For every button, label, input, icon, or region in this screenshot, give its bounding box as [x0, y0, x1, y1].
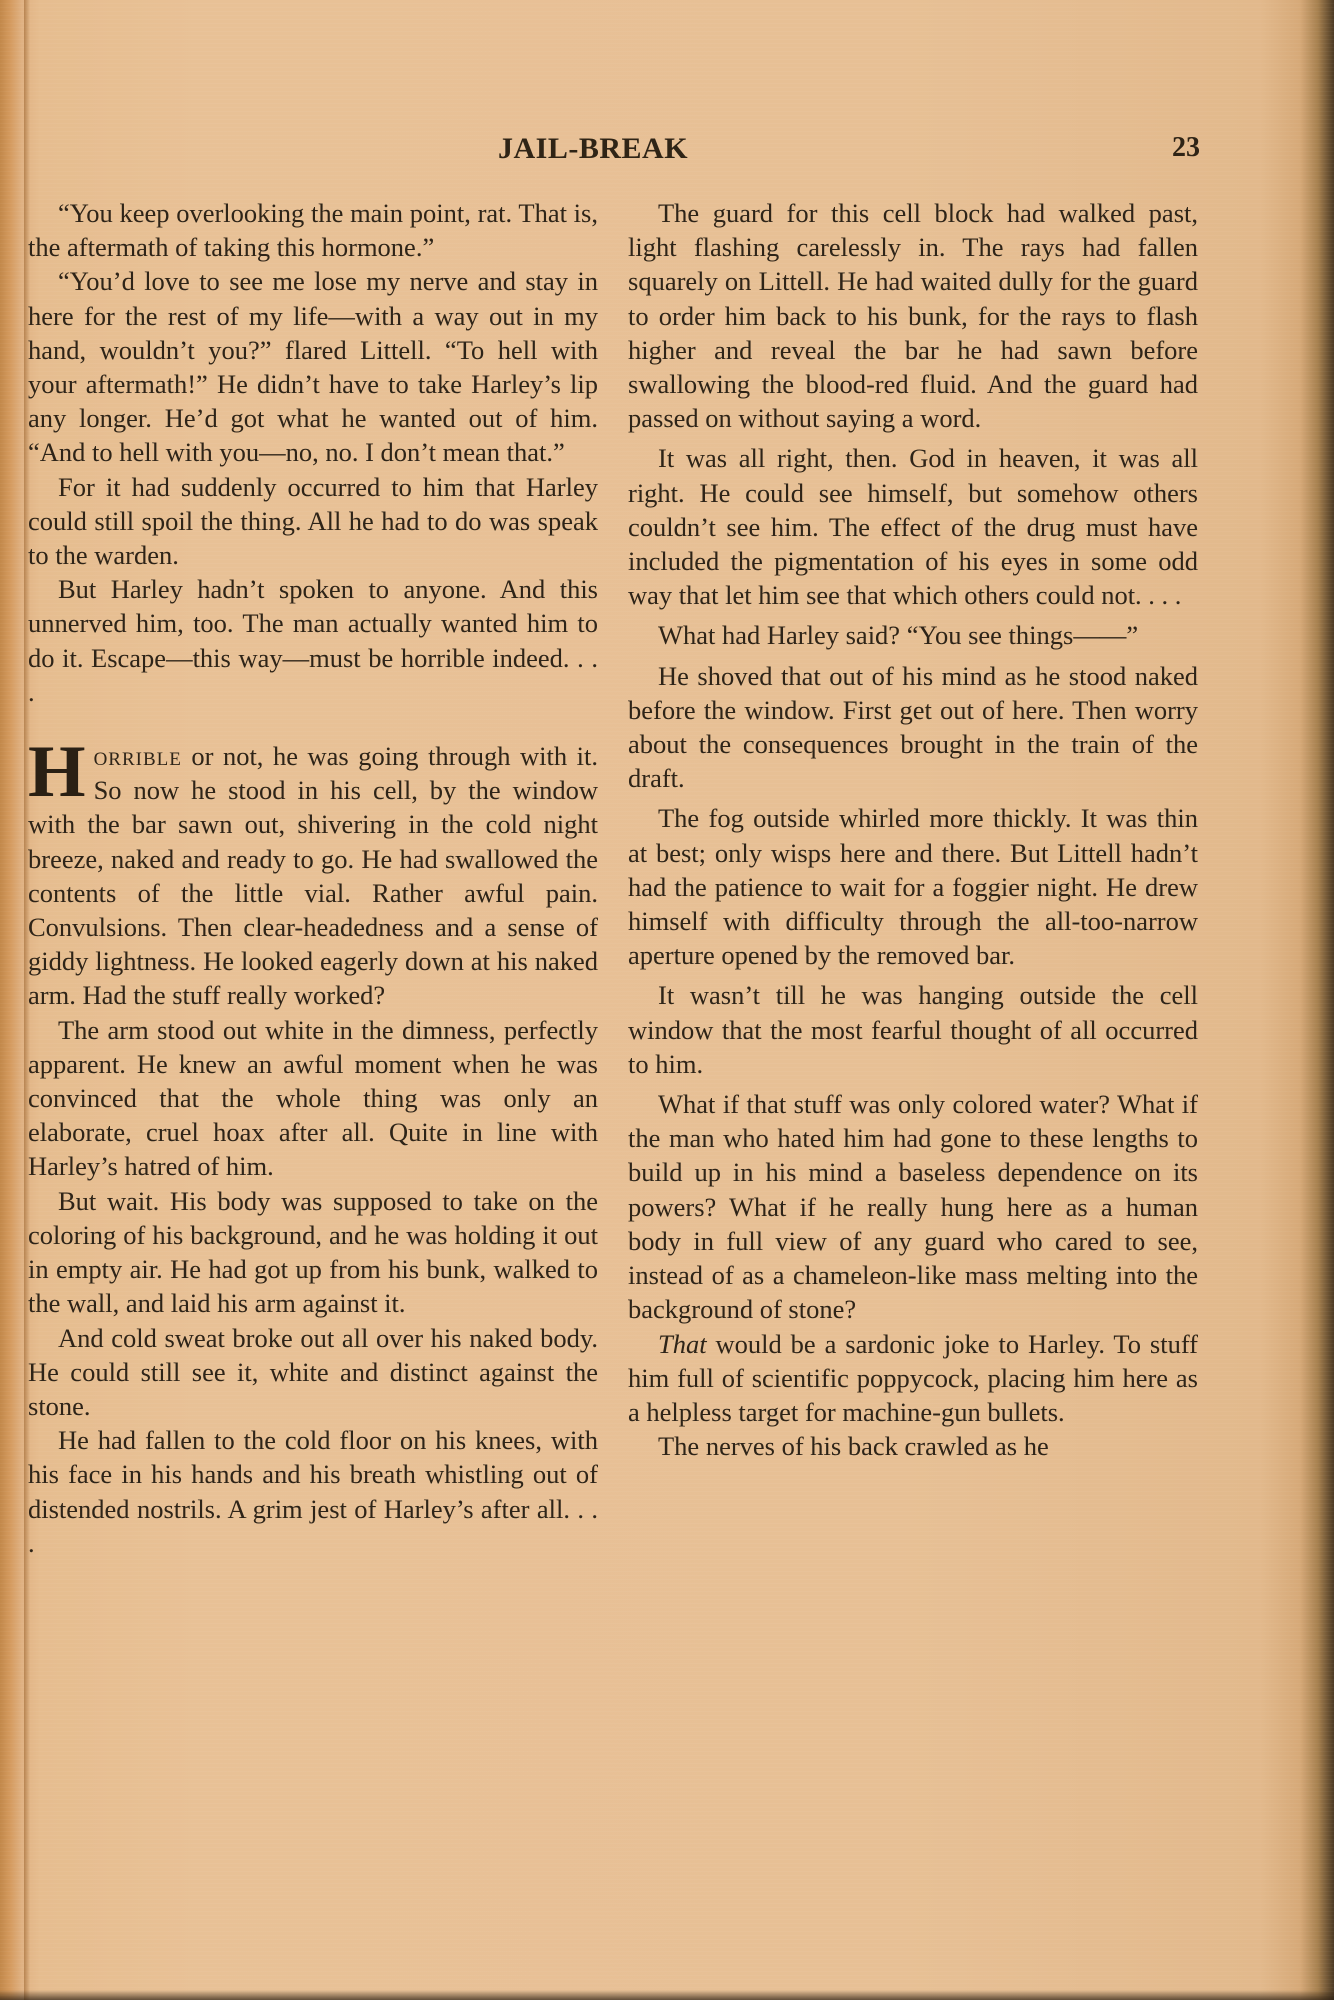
- page-bottom-shadow: [0, 1990, 1334, 2000]
- page-number: 23: [1172, 132, 1200, 164]
- paragraph: But wait. His body was supposed to take …: [28, 1184, 598, 1321]
- right-text-column: The guard for this cell block had walked…: [628, 196, 1198, 1463]
- paragraph: It was all right, then. God in heaven, i…: [628, 441, 1198, 612]
- paragraph: But Harley hadn’t spoken to anyone. And …: [28, 572, 598, 709]
- section-opening-text: or not, he was going through with it. So…: [28, 741, 598, 1010]
- italic-lead-paragraph-text: would be a sardonic joke to Harley. To s…: [628, 1329, 1198, 1427]
- paragraph: What if that stuff was only colored wate…: [628, 1087, 1198, 1326]
- paragraph: He had fallen to the cold floor on his k…: [28, 1423, 598, 1560]
- running-title: JAIL-BREAK: [498, 132, 688, 166]
- paragraph: He shoved that out of his mind as he sto…: [628, 659, 1198, 796]
- paragraph: For it had suddenly occurred to him that…: [28, 470, 598, 573]
- paragraph: “You’d love to see me lose my nerve and …: [28, 264, 598, 469]
- paragraph: The fog outside whirled more thickly. It…: [628, 801, 1198, 972]
- italic-lead-word: That: [658, 1329, 707, 1359]
- scanned-page: JAIL-BREAK 23 “You keep overlooking the …: [0, 0, 1334, 2000]
- paragraph: The guard for this cell block had walked…: [628, 196, 1198, 435]
- paragraph: It wasn’t till he was hanging outside th…: [628, 978, 1198, 1081]
- paragraph: “You keep overlooking the main point, ra…: [28, 196, 598, 264]
- paragraph: The arm stood out white in the dimness, …: [28, 1013, 598, 1184]
- drop-cap: H: [28, 743, 86, 801]
- italic-lead-paragraph: That would be a sardonic joke to Harley.…: [628, 1327, 1198, 1430]
- paragraph: The nerves of his back crawled as he: [628, 1429, 1198, 1463]
- small-caps-lead: orrible: [94, 741, 182, 771]
- left-text-column: “You keep overlooking the main point, ra…: [28, 196, 598, 1560]
- section-opening-paragraph: Horrible or not, he was going through wi…: [28, 739, 598, 1013]
- paragraph: What had Harley said? “You see things——”: [628, 618, 1198, 652]
- running-header: JAIL-BREAK 23: [0, 128, 1334, 178]
- paragraph: And cold sweat broke out all over his na…: [28, 1321, 598, 1424]
